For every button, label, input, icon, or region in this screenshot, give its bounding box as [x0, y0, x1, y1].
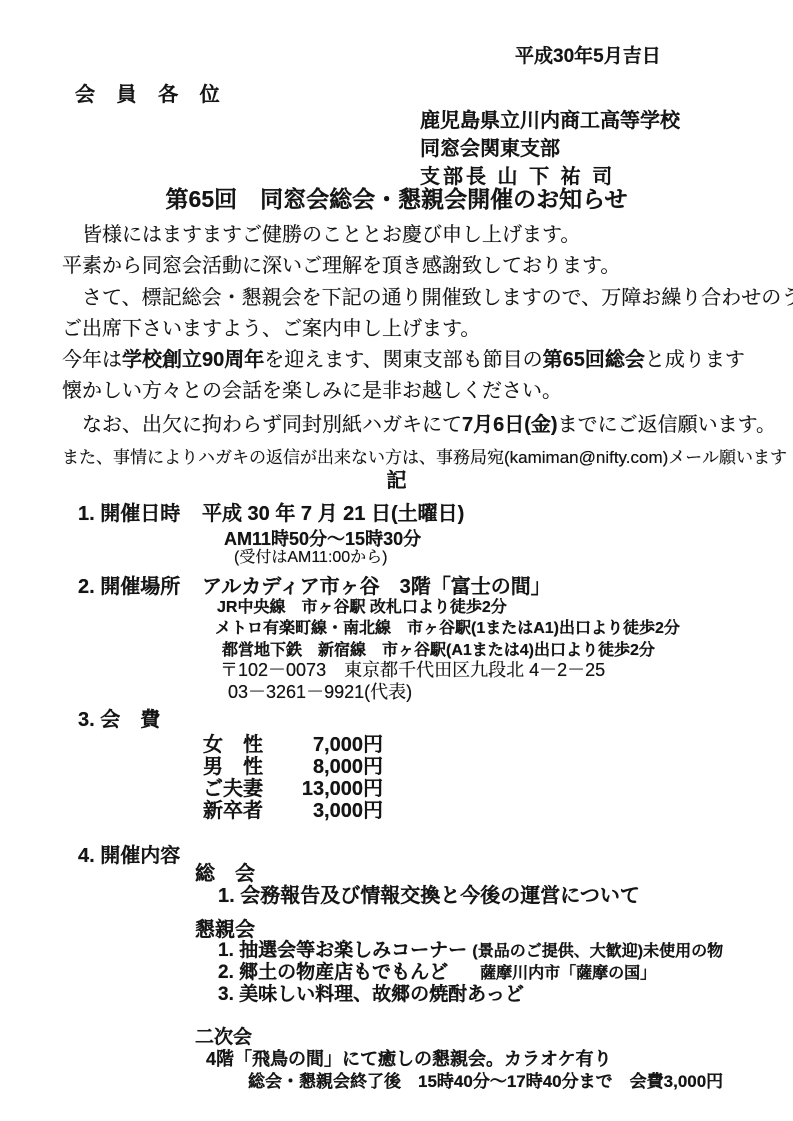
party-item-3: 3. 美味しい料理、故郷の焼酎あっど [218, 984, 524, 1006]
reception-note: (受付はAM11:00から) [234, 549, 388, 567]
access-metro: メトロ有楽町線・南北線 市ヶ谷駅(1またはA1)出口より徒歩2分 [215, 620, 680, 638]
fee-amount: 13,000円 [302, 772, 383, 794]
sender-school: 鹿児島県立川内商工高等学校 [420, 110, 680, 133]
email-note: また、事情によりハガキの返信が出来ない方は、事務局宛(kamiman@nifty… [62, 448, 787, 468]
section2-label: 2. 開催場所 [78, 576, 180, 599]
party-item-main: 3. 美味しい料理、故郷の焼酎あっど [218, 984, 524, 1005]
afterparty-detail: 総会・懇親会終了後 15時40分～17時40分まで 会費3,000円 [248, 1072, 723, 1092]
party-heading: 懇親会 [195, 919, 255, 942]
fee-label: ご夫妻 [203, 772, 263, 794]
fee-amount: 3,000円 [313, 794, 383, 816]
issue-date: 平成30年5月吉日 [515, 46, 661, 68]
reply-pre: なお、出欠に拘わらず同封別紙ハガキにて [62, 414, 462, 436]
section4-label: 4. 開催内容 [78, 845, 180, 868]
afterparty-heading: 二次会 [195, 1027, 252, 1049]
party-item-main: 1. 抽選会等お楽しみコーナー [218, 940, 472, 961]
fee-label: 女 性 [203, 728, 263, 750]
venue-address: 〒102－0073 東京都千代田区九段北 4－2－25 [220, 660, 605, 681]
fee-label: 男 性 [203, 750, 263, 772]
event-date: 平成 30 年 7 月 21 日(土曜日) [202, 503, 464, 526]
reply-line: なお、出欠に拘わらず同封別紙ハガキにて7月6日(金)までにご返信願います。 [62, 414, 776, 437]
fee-table: 女 性 7,000円 男 性 8,000円 ご夫妻 13,000円 新卒者 3,… [203, 728, 383, 816]
venue-phone: 03－3261－9921(代表) [228, 682, 412, 703]
fee-row-male: 男 性 8,000円 [203, 750, 383, 772]
party-item-sub: (景品のご提供、大歓迎)未使用の物 [472, 943, 723, 960]
party-item-1: 1. 抽選会等お楽しみコーナー (景品のご提供、大歓迎)未使用の物 [218, 940, 723, 962]
greeting-line-1: 皆様にはますますご健勝のこととお慶び申し上げます。 [62, 224, 580, 247]
party-item-2: 2. 郷土の物産店もでもんど 薩摩川内市「薩摩の国」 [218, 962, 656, 984]
section1-label: 1. 開催日時 [78, 503, 180, 526]
anniversary-post: と成ります [645, 349, 745, 371]
anniversary-em-65th: 第65回総会 [543, 349, 645, 371]
anniversary-mid: を迎えます、関東支部も節目の [264, 349, 542, 371]
record-marker: 記 [0, 470, 793, 493]
fee-amount: 7,000円 [313, 728, 383, 750]
reply-deadline: 7月6日(金) [462, 414, 558, 436]
fee-row-couple: ご夫妻 13,000円 [203, 772, 383, 794]
greeting-line-2: 平素から同窓会活動に深いご理解を頂き感謝致しております。 [62, 255, 620, 278]
fee-label: 新卒者 [203, 794, 263, 816]
anniversary-line-2: 懐かしい方々との会話を楽しみに是非お越しください。 [62, 380, 562, 403]
notice-title: 第65回 同窓会総会・懇親会開催のお知らせ [0, 186, 793, 212]
greeting-line-4: ご出席下さいますよう、ご案内申し上げます。 [62, 318, 480, 341]
anniversary-em-90th: 学校創立90周年 [122, 349, 264, 371]
event-time: AM11時50分～15時30分 [224, 529, 421, 550]
fee-amount: 8,000円 [313, 750, 383, 772]
afterparty-venue: 4階「飛鳥の間」にて癒しの懇親会。カラオケ有り [206, 1049, 612, 1070]
party-item-sub: 薩摩川内市「薩摩の国」 [448, 965, 656, 982]
fee-row-female: 女 性 7,000円 [203, 728, 383, 750]
fee-row-newgrad: 新卒者 3,000円 [203, 794, 383, 816]
section3-label: 3. 会 費 [78, 709, 160, 732]
access-jr: JR中央線 市ヶ谷駅 改札口より徒歩2分 [217, 599, 507, 617]
scanned-letter-page: 平成30年5月吉日 会 員 各 位 鹿児島県立川内商工高等学校 同窓会関東支部 … [0, 0, 793, 1121]
anniversary-line: 今年は学校創立90周年を迎えます、関東支部も節目の第65回総会と成ります [62, 349, 745, 372]
venue-name: アルカディア市ヶ谷 3階「富士の間」 [202, 576, 551, 599]
party-item-main: 2. 郷土の物産店もでもんど [218, 962, 448, 983]
greeting-line-3: さて、標記総会・懇親会を下記の通り開催致しますので、万障お繰り合わせのうえ [62, 287, 793, 310]
anniversary-pre: 今年は [62, 349, 122, 371]
access-toei: 都営地下鉄 新宿線 市ヶ谷駅(A1または4)出口より徒歩2分 [222, 642, 655, 660]
reply-post: までにご返信願います。 [558, 414, 776, 436]
recipient-line: 会 員 各 位 [75, 84, 228, 107]
general-meeting-heading: 総 会 [195, 863, 255, 886]
sender-branch: 同窓会関東支部 [420, 138, 560, 161]
general-meeting-item: 1. 会務報告及び情報交換と今後の運営について [218, 885, 640, 908]
